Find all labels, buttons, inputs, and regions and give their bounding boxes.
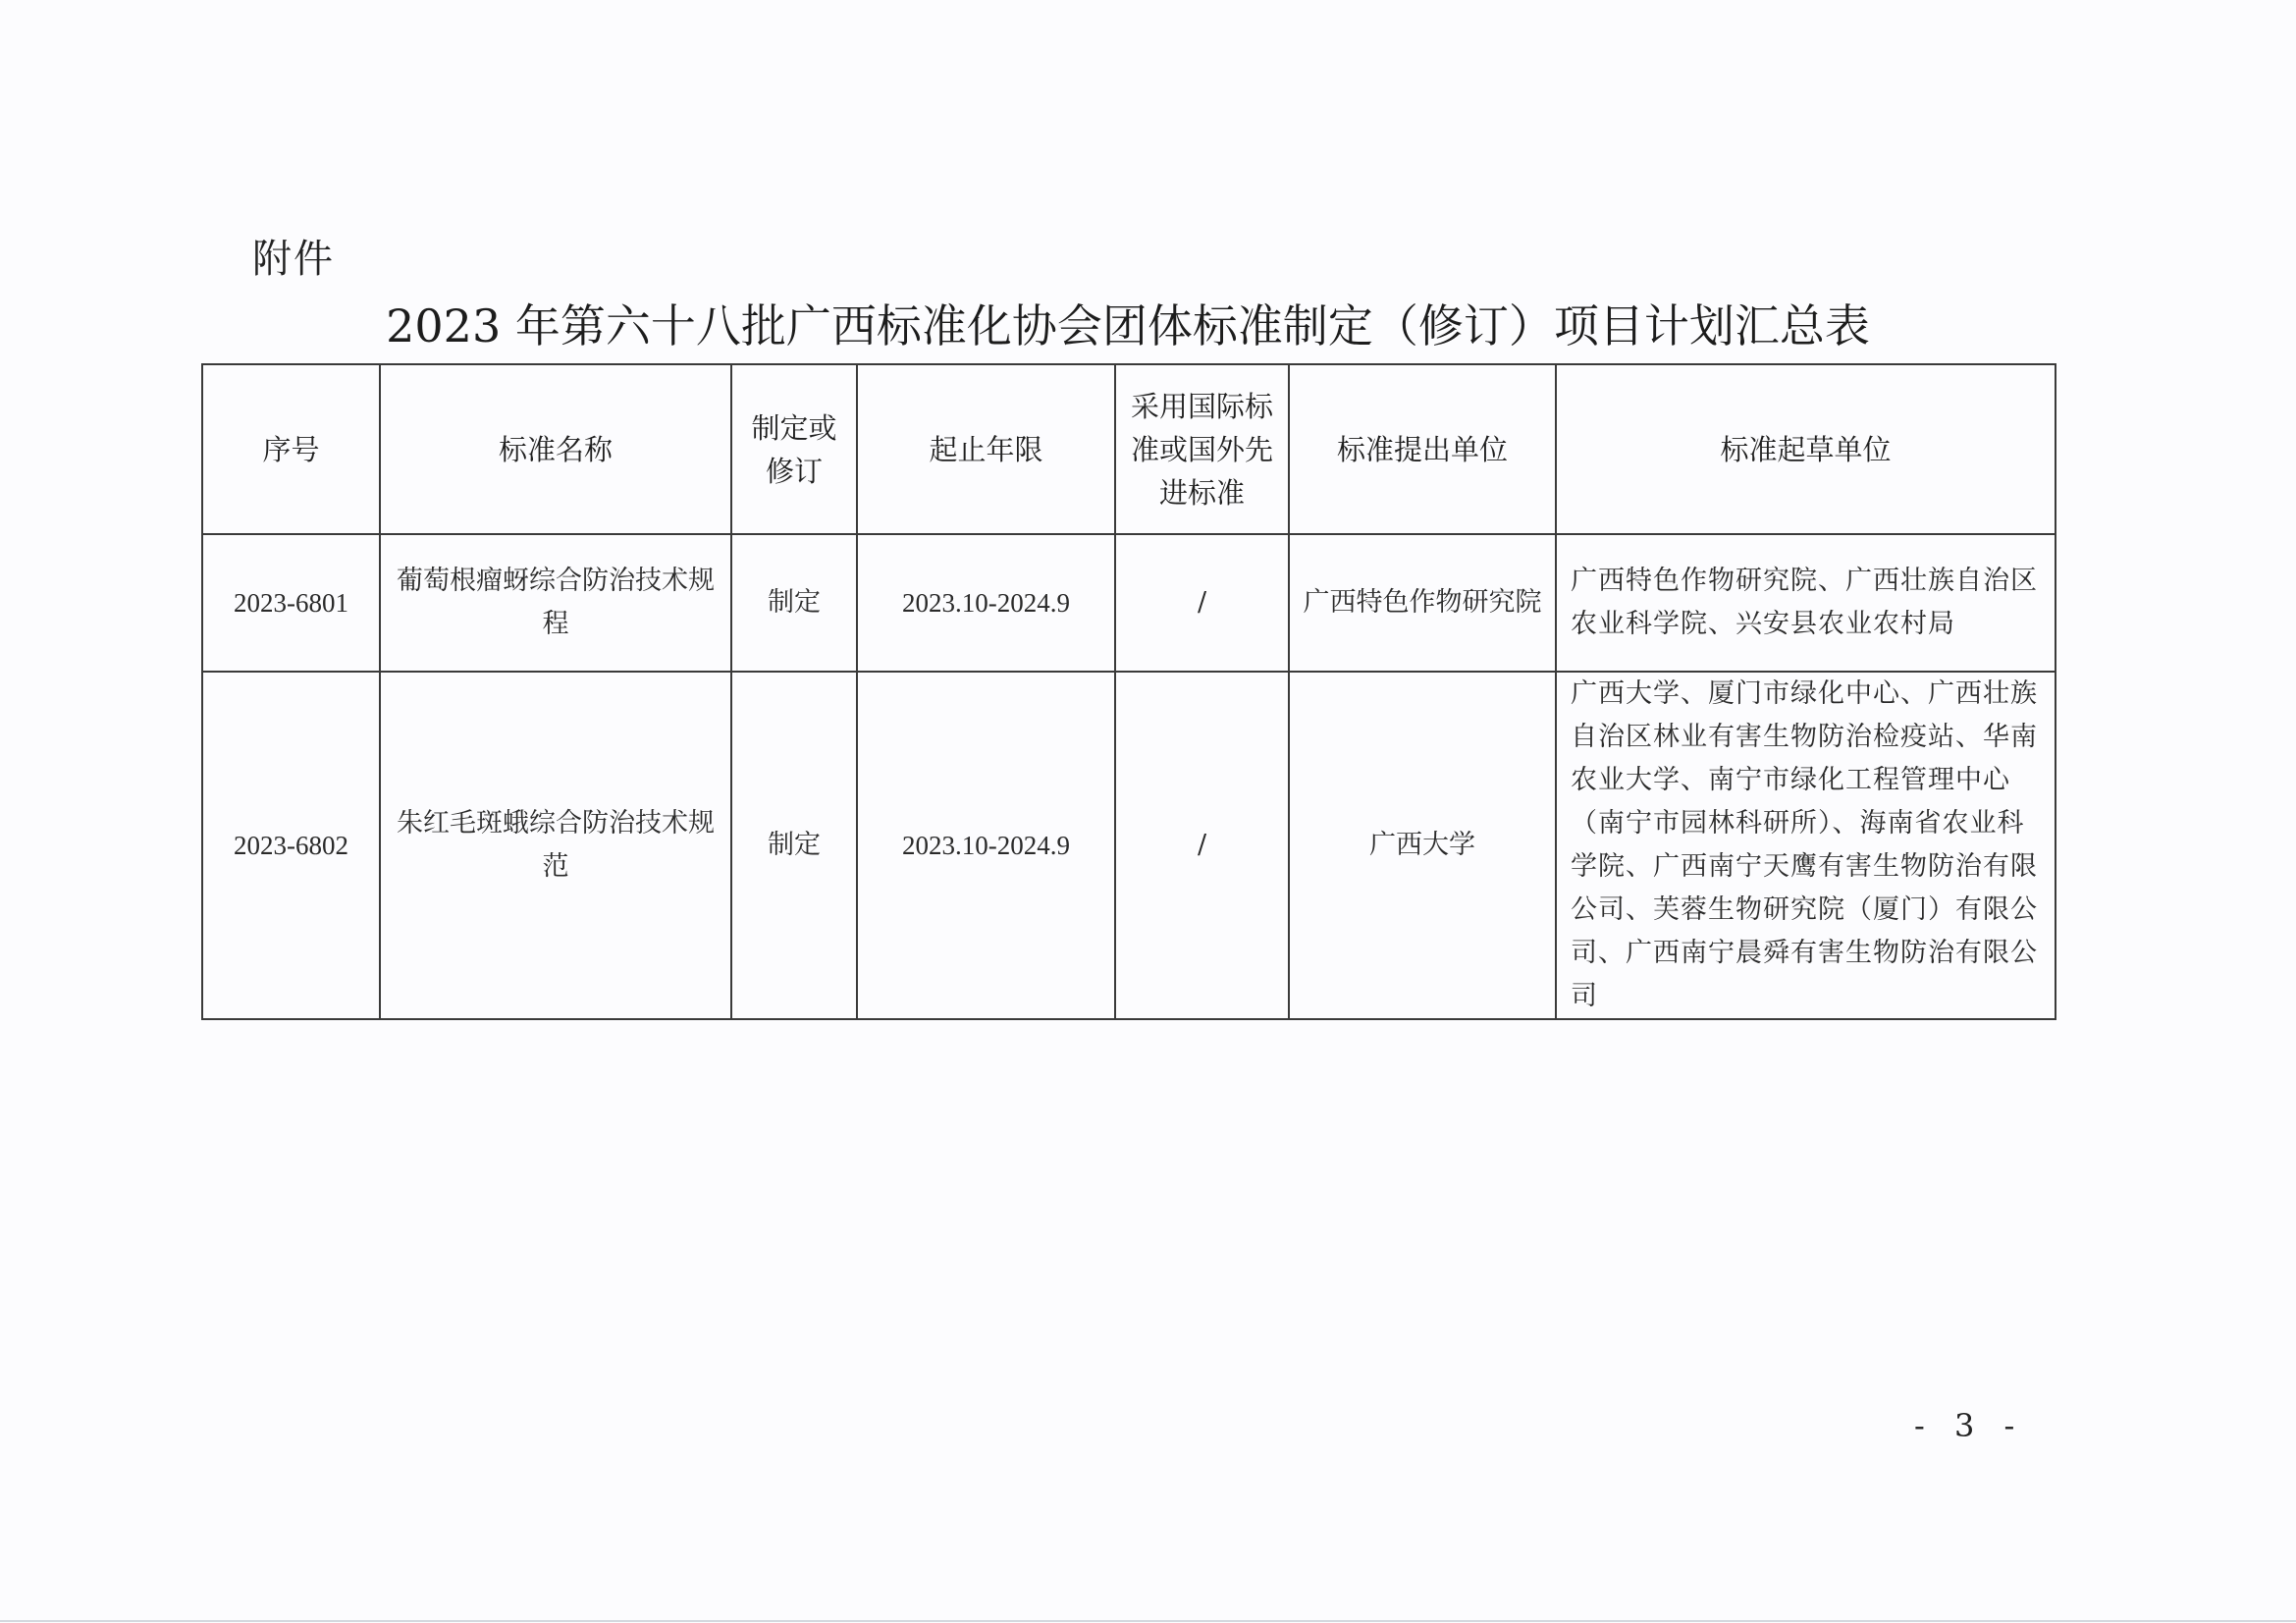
cell-serial: 2023-6802 xyxy=(202,672,380,1019)
header-adopt-intl: 采用国际标准或国外先进标准 xyxy=(1115,364,1289,534)
cell-type: 制定 xyxy=(731,672,857,1019)
table-row: 2023-6801 葡萄根瘤蚜综合防治技术规程 制定 2023.10-2024.… xyxy=(202,534,2056,672)
cell-period: 2023.10-2024.9 xyxy=(857,672,1115,1019)
table-header-row: 序号 标准名称 制定或修订 起止年限 采用国际标准或国外先进标准 标准提出单位 … xyxy=(202,364,2056,534)
cell-proposer: 广西特色作物研究院 xyxy=(1289,534,1556,672)
cell-standard-name: 朱红毛斑蛾综合防治技术规范 xyxy=(380,672,731,1019)
cell-adopt-intl: / xyxy=(1115,672,1289,1019)
cell-type: 制定 xyxy=(731,534,857,672)
cell-proposer: 广西大学 xyxy=(1289,672,1556,1019)
page-bottom-rule xyxy=(0,1620,2296,1622)
document-title: 2023 年第六十八批广西标准化协会团体标准制定（修订）项目计划汇总表 xyxy=(201,298,2055,353)
cell-drafters: 广西特色作物研究院、广西壮族自治区农业科学院、兴安县农业农村局 xyxy=(1556,534,2056,672)
header-drafters: 标准起草单位 xyxy=(1556,364,2056,534)
cell-period: 2023.10-2024.9 xyxy=(857,534,1115,672)
cell-adopt-intl: / xyxy=(1115,534,1289,672)
cell-standard-name: 葡萄根瘤蚜综合防治技术规程 xyxy=(380,534,731,672)
header-proposer: 标准提出单位 xyxy=(1289,364,1556,534)
header-period: 起止年限 xyxy=(857,364,1115,534)
page-number: - 3 - xyxy=(1914,1406,2024,1445)
cell-serial: 2023-6801 xyxy=(202,534,380,672)
project-plan-table: 序号 标准名称 制定或修订 起止年限 采用国际标准或国外先进标准 标准提出单位 … xyxy=(201,363,2056,1020)
attachment-label: 附件 xyxy=(252,236,335,283)
table-row: 2023-6802 朱红毛斑蛾综合防治技术规范 制定 2023.10-2024.… xyxy=(202,672,2056,1019)
header-standard-name: 标准名称 xyxy=(380,364,731,534)
header-type: 制定或修订 xyxy=(731,364,857,534)
cell-drafters: 广西大学、厦门市绿化中心、广西壮族自治区林业有害生物防治检疫站、华南农业大学、南… xyxy=(1556,672,2056,1019)
header-serial: 序号 xyxy=(202,364,380,534)
